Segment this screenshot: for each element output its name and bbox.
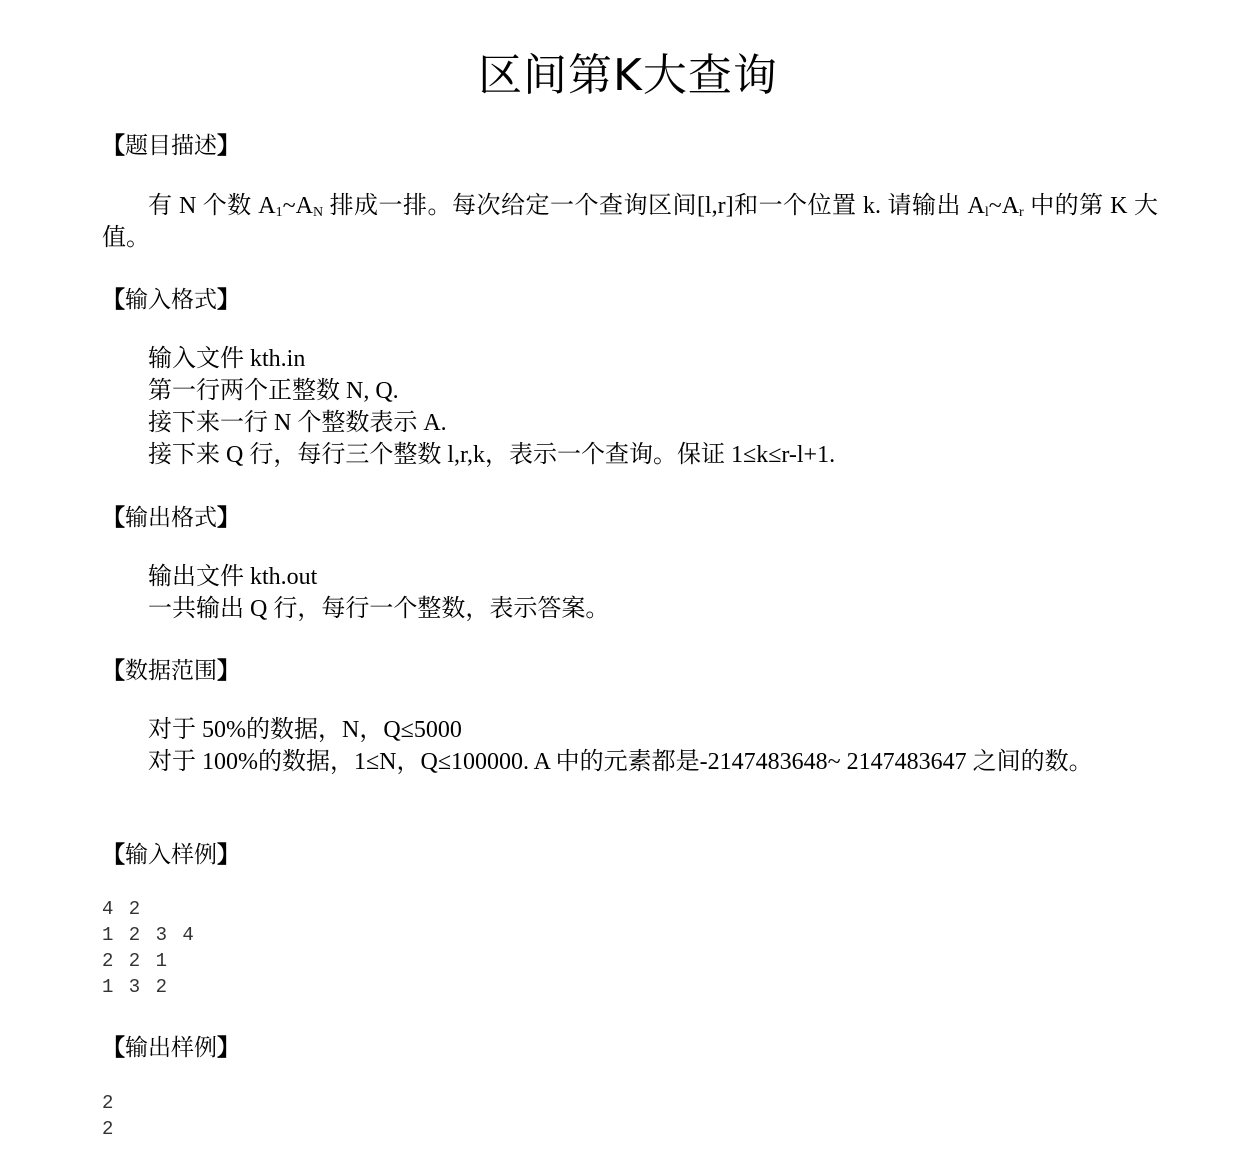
bracket-open: 【: [102, 658, 125, 684]
bracket-close: 】: [217, 842, 240, 868]
heading-text: 输入样例: [125, 842, 217, 868]
bracket-close: 】: [217, 133, 240, 159]
text: ~A: [989, 193, 1019, 219]
heading-text: 题目描述: [125, 133, 217, 159]
text: 有 N 个数 A: [148, 193, 276, 219]
bracket-open: 【: [102, 842, 125, 868]
section-heading-description: 【题目描述】: [102, 131, 240, 161]
sample-input-block: 4 2 1 2 3 4 2 2 1 1 3 2: [102, 896, 194, 1000]
input-format-line: 接下来一行 N 个整数表示 A.: [148, 407, 447, 439]
output-format-line: 一共输出 Q 行，每行一个整数，表示答案。: [148, 593, 609, 625]
heading-text: 输入格式: [125, 287, 217, 313]
bracket-close: 】: [217, 505, 240, 531]
bracket-open: 【: [102, 287, 125, 313]
output-format-line: 输出文件 kth.out: [148, 561, 317, 593]
constraints-line: 对于 50%的数据，N，Q≤5000: [148, 714, 462, 746]
text: 排成一排。每次给定一个查询区间[l,r]和一个位置 k. 请输出 A: [323, 193, 985, 219]
heading-text: 输出样例: [125, 1035, 217, 1061]
input-format-line: 输入文件 kth.in: [148, 343, 305, 375]
subscript: N: [313, 205, 323, 220]
heading-text: 数据范围: [125, 658, 217, 684]
text: ~A: [283, 193, 313, 219]
bracket-open: 【: [102, 505, 125, 531]
description-paragraph: 有 N 个数 A1~AN 排成一排。每次给定一个查询区间[l,r]和一个位置 k…: [102, 190, 1158, 254]
section-heading-sample-input: 【输入样例】: [102, 840, 240, 870]
bracket-close: 】: [217, 1035, 240, 1061]
subscript: 1: [276, 205, 283, 220]
bracket-close: 】: [217, 658, 240, 684]
sample-output-block: 2 2: [102, 1090, 113, 1142]
section-heading-sample-output: 【输出样例】: [102, 1033, 240, 1063]
input-format-line: 第一行两个正整数 N, Q.: [148, 375, 399, 407]
section-heading-constraints: 【数据范围】: [102, 656, 240, 686]
page-title: 区间第K大查询: [0, 48, 1241, 104]
bracket-close: 】: [217, 287, 240, 313]
bracket-open: 【: [102, 1035, 125, 1061]
input-format-line: 接下来 Q 行，每行三个整数 l,r,k，表示一个查询。保证 1≤k≤r-l+1…: [148, 439, 835, 471]
section-heading-input-format: 【输入格式】: [102, 285, 240, 315]
heading-text: 输出格式: [125, 505, 217, 531]
bracket-open: 【: [102, 133, 125, 159]
constraints-paragraph: 对于 100%的数据，1≤N，Q≤100000. A 中的元素都是-214748…: [102, 746, 1158, 778]
section-heading-output-format: 【输出格式】: [102, 503, 240, 533]
